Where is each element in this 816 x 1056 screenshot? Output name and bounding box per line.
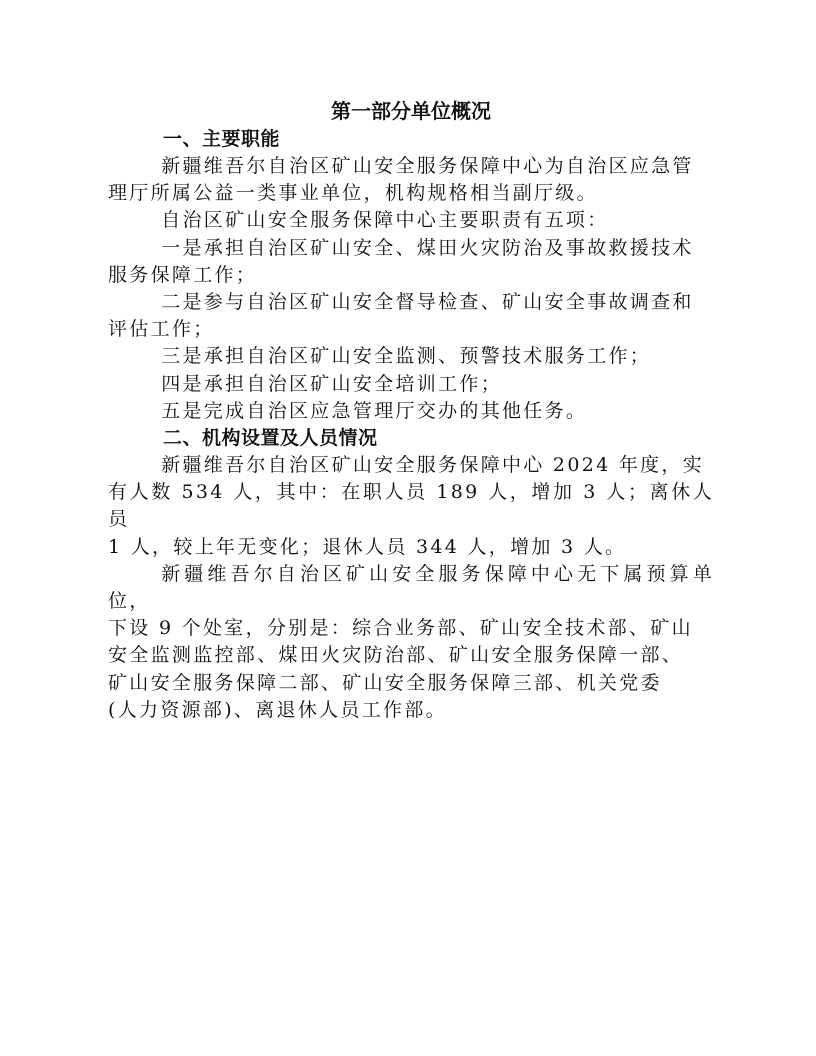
page-title: 第一部分单位概况 xyxy=(108,96,714,126)
text-line: 四是承担自治区矿山安全培训工作； xyxy=(108,371,714,398)
section-heading-main-functions: 一、主要职能 xyxy=(108,126,714,153)
paragraph: 自治区矿山安全服务保障中心主要职责有五项： xyxy=(108,207,714,234)
text-line: 新疆维吾尔自治区矿山安全服务保障中心无下属预算单位， xyxy=(108,561,714,615)
text-line: 下设 9 个处室，分别是：综合业务部、矿山安全技术部、矿山 xyxy=(108,615,714,642)
text-line: 一是承担自治区矿山安全、煤田火灾防治及事故救援技术 xyxy=(108,235,714,262)
paragraph: 新疆维吾尔自治区矿山安全服务保障中心无下属预算单位， 下设 9 个处室，分别是：… xyxy=(108,561,714,724)
text-line: 有人数 534 人，其中：在职人员 189 人，增加 3 人；离休人员 xyxy=(108,479,714,533)
text-line: 五是完成自治区应急管理厅交办的其他任务。 xyxy=(108,398,714,425)
text-line: 二是参与自治区矿山安全督导检查、矿山安全事故调查和 xyxy=(108,289,714,316)
paragraph: 一是承担自治区矿山安全、煤田火灾防治及事故救援技术 服务保障工作； xyxy=(108,235,714,289)
text-line: 矿山安全服务保障二部、矿山安全服务保障三部、机关党委 xyxy=(108,670,714,697)
text-line: 评估工作； xyxy=(108,316,714,343)
text-line: 自治区矿山安全服务保障中心主要职责有五项： xyxy=(108,207,714,234)
text-line: 服务保障工作； xyxy=(108,262,714,289)
text-line: (人力资源部)、离退休人员工作部。 xyxy=(108,697,714,724)
paragraph: 二是参与自治区矿山安全督导检查、矿山安全事故调查和 评估工作； xyxy=(108,289,714,343)
paragraph: 五是完成自治区应急管理厅交办的其他任务。 xyxy=(108,398,714,425)
text-line: 新疆维吾尔自治区矿山安全服务保障中心 2024 年度，实 xyxy=(108,452,714,479)
text-line: 三是承担自治区矿山安全监测、预警技术服务工作； xyxy=(108,343,714,370)
text-line: 新疆维吾尔自治区矿山安全服务保障中心为自治区应急管 xyxy=(108,153,714,180)
section-heading-organization-staff: 二、机构设置及人员情况 xyxy=(108,425,714,452)
text-line: 安全监测监控部、煤田火灾防治部、矿山安全服务保障一部、 xyxy=(108,642,714,669)
paragraph: 新疆维吾尔自治区矿山安全服务保障中心为自治区应急管 理厅所属公益一类事业单位，机… xyxy=(108,153,714,207)
document-page: 第一部分单位概况 一、主要职能 新疆维吾尔自治区矿山安全服务保障中心为自治区应急… xyxy=(108,96,714,724)
text-line: 理厅所属公益一类事业单位，机构规格相当副厅级。 xyxy=(108,180,714,207)
text-line: 1 人，较上年无变化；退休人员 344 人，增加 3 人。 xyxy=(108,534,714,561)
paragraph: 新疆维吾尔自治区矿山安全服务保障中心 2024 年度，实 有人数 534 人，其… xyxy=(108,452,714,561)
paragraph: 三是承担自治区矿山安全监测、预警技术服务工作； xyxy=(108,343,714,370)
paragraph: 四是承担自治区矿山安全培训工作； xyxy=(108,371,714,398)
